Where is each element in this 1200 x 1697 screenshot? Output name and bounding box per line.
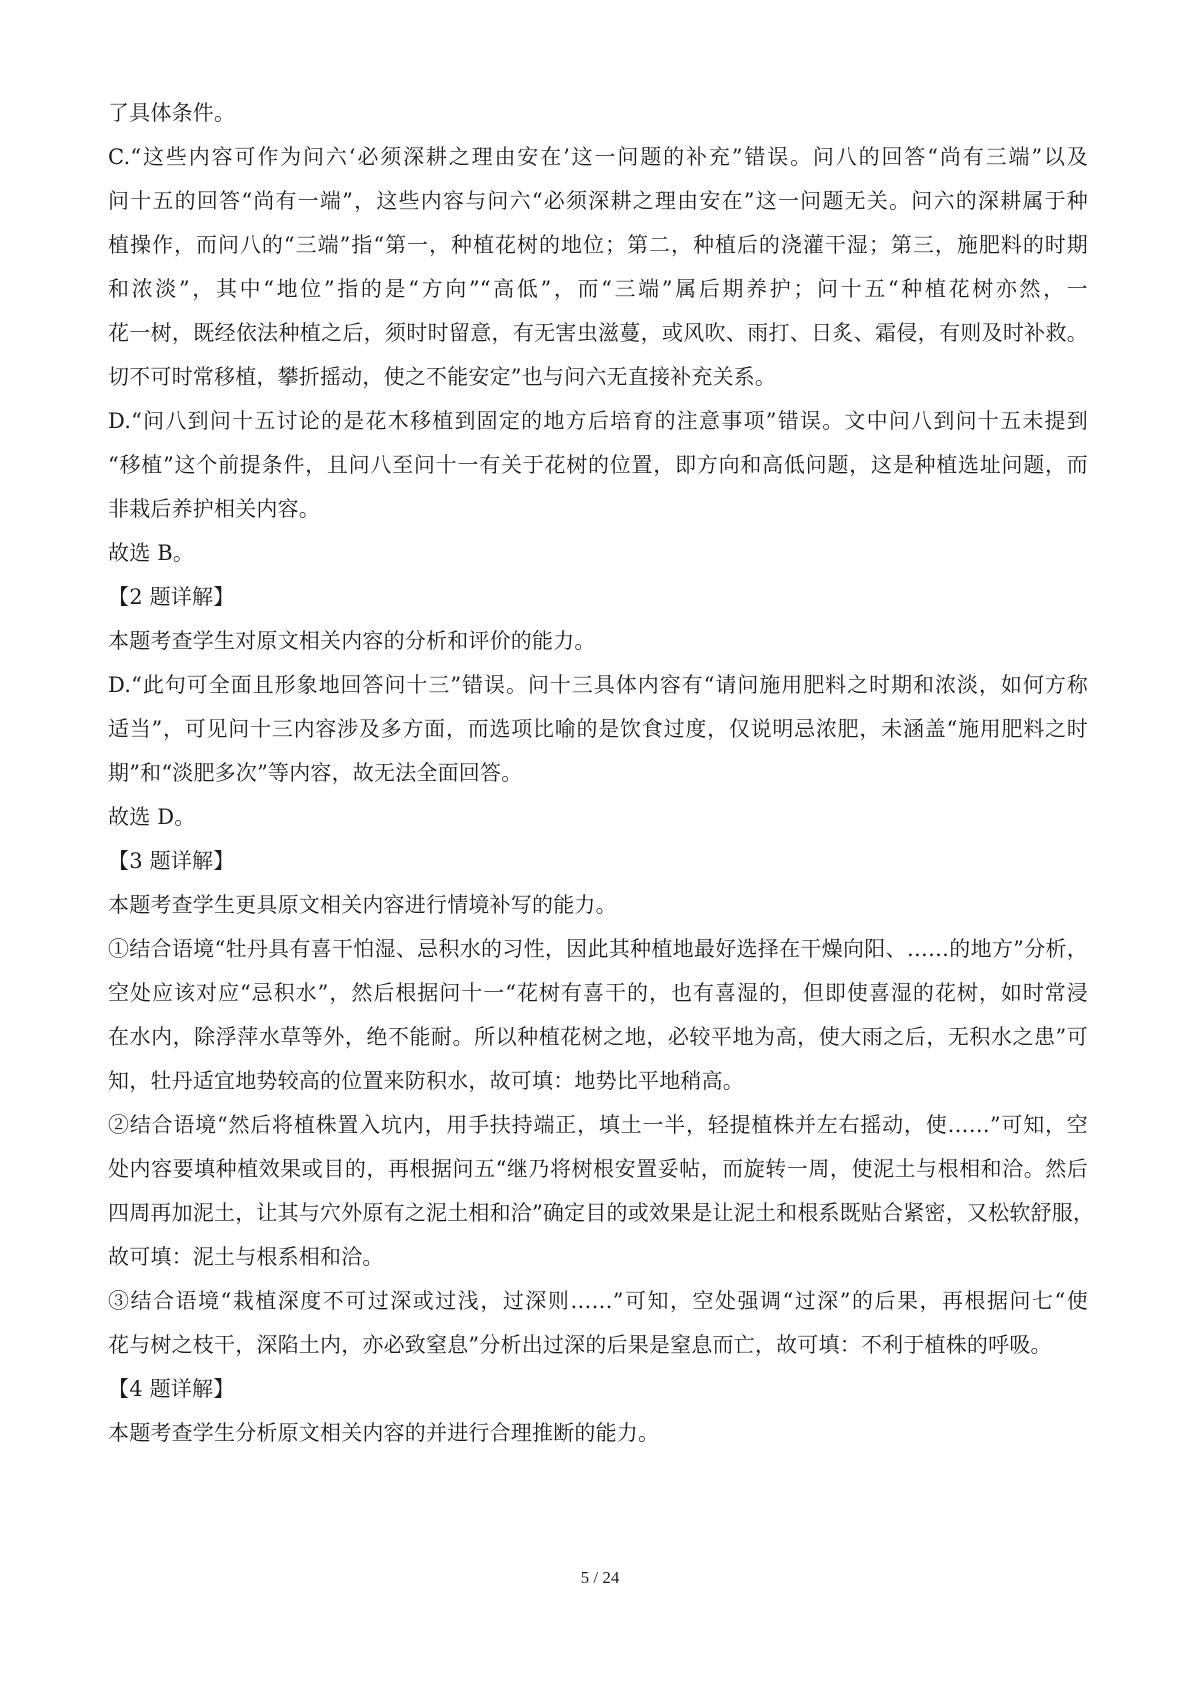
section-heading: 【2 题详解】 (108, 575, 1088, 619)
document-body: 了具体条件。 C.“这些内容可作为问六‘必须深耕之理由安在’这一问题的补充”错误… (108, 91, 1088, 1455)
text-line: D.“问八到问十五讨论的是花木移植到固定的地方后培育的注意事项”错误。文中问八到… (108, 399, 1088, 443)
answer-line: 故选 D。 (108, 795, 1088, 839)
text-line: 花一树，既经依法种植之后，须时时留意，有无害虫滋蔓，或风吹、雨打、日炙、霜侵，有… (108, 311, 1088, 355)
text-line: 切不可时常移植，攀折摇动，使之不能安定”也与问六无直接补充关系。 (108, 355, 1088, 399)
text-line: 在水内，除浮萍水草等外，绝不能耐。所以种植花树之地，必较平地为高，使大雨之后，无… (108, 1015, 1088, 1059)
text-line: ①结合语境“牡丹具有喜干怕湿、忌积水的习性，因此其种植地最好选择在干燥向阳、……… (108, 927, 1088, 971)
section-heading: 【3 题详解】 (108, 839, 1088, 883)
text-line: 问十五的回答“尚有一端”，这些内容与问六“必须深耕之理由安在”这一问题无关。问六… (108, 179, 1088, 223)
text-line: 知，牡丹适宜地势较高的位置来防积水，故可填：地势比平地稍高。 (108, 1059, 1088, 1103)
answer-line: 故选 B。 (108, 531, 1088, 575)
text-line: 处内容要填种植效果或目的，再根据问五“继乃将树根安置妥帖，而旋转一周，使泥土与根… (108, 1147, 1088, 1191)
text-line: 了具体条件。 (108, 91, 1088, 135)
text-line: 四周再加泥土，让其与穴外原有之泥土相和洽”确定目的或效果是让泥土和根系既贴合紧密… (108, 1191, 1088, 1235)
page-number: 5 / 24 (0, 1568, 1200, 1588)
text-line: ③结合语境“栽植深度不可过深或过浅，过深则……”可知，空处强调“过深”的后果，再… (108, 1279, 1088, 1323)
text-line: 花与树之枝干，深陷土内，亦必致窒息”分析出过深的后果是窒息而亡，故可填：不利于植… (108, 1323, 1088, 1367)
section-heading: 【4 题详解】 (108, 1367, 1088, 1411)
text-line: 非栽后养护相关内容。 (108, 487, 1088, 531)
text-line: 本题考查学生更具原文相关内容进行情境补写的能力。 (108, 883, 1088, 927)
text-line: 植操作，而问八的“三端”指“第一，种植花树的地位；第二，种植后的浇灌干湿；第三，… (108, 223, 1088, 267)
text-line: D.“此句可全面且形象地回答问十三”错误。问十三具体内容有“请问施用肥料之时期和… (108, 663, 1088, 707)
text-line: ②结合语境“然后将植株置入坑内，用手扶持端正，填土一半，轻提植株并左右摇动，使…… (108, 1103, 1088, 1147)
text-line: 适当”，可见问十三内容涉及多方面，而选项比喻的是饮食过度，仅说明忌浓肥，未涵盖“… (108, 707, 1088, 751)
text-line: 本题考查学生分析原文相关内容的并进行合理推断的能力。 (108, 1411, 1088, 1455)
text-line: 和浓淡”，其中“地位”指的是“方向”“高低”，而“三端”属后期养护；问十五“种植… (108, 267, 1088, 311)
text-line: “移植”这个前提条件，且问八至问十一有关于花树的位置，即方向和高低问题，这是种植… (108, 443, 1088, 487)
text-line: 期”和“淡肥多次”等内容，故无法全面回答。 (108, 751, 1088, 795)
text-line: 本题考查学生对原文相关内容的分析和评价的能力。 (108, 619, 1088, 663)
text-line: 故可填：泥土与根系相和洽。 (108, 1235, 1088, 1279)
text-line: 空处应该对应“忌积水”，然后根据问十一“花树有喜干的，也有喜湿的，但即使喜湿的花… (108, 971, 1088, 1015)
text-line: C.“这些内容可作为问六‘必须深耕之理由安在’这一问题的补充”错误。问八的回答“… (108, 135, 1088, 179)
